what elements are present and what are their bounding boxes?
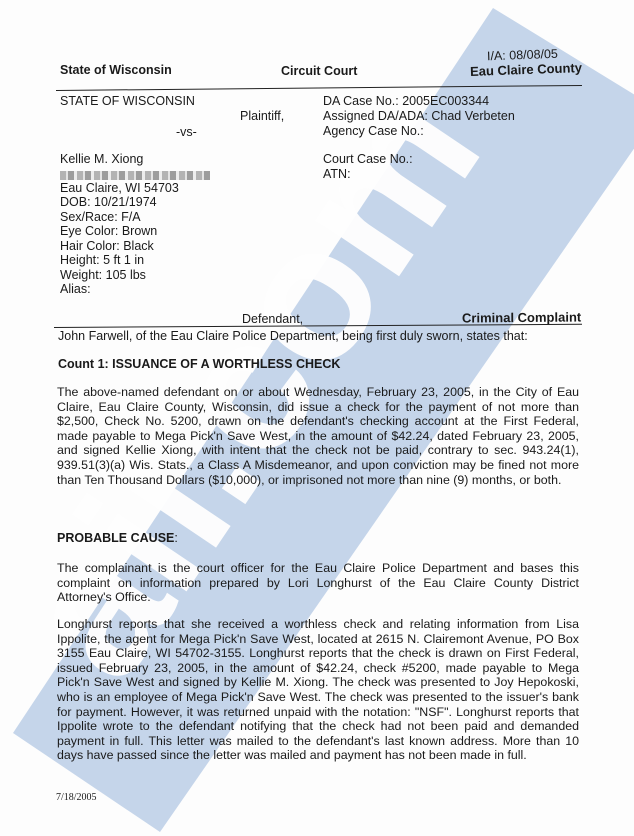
defendant-name: Kellie M. Xiong (60, 152, 143, 167)
atn-field: ATN: (323, 167, 351, 182)
plaintiff-label: Plaintiff, (240, 109, 284, 124)
count-heading: Count 1: ISSUANCE OF A WORTHLESS CHECK (58, 357, 340, 372)
footer-date: 7/18/2005 (56, 792, 97, 803)
defendant-dob: DOB: 10/21/1974 (60, 195, 157, 210)
header-divider (56, 85, 582, 91)
defendant-alias: Alias: (60, 282, 91, 297)
assigned-da: Assigned DA/ADA: Chad Verbeten (323, 109, 515, 124)
defendant-label: Defendant, (242, 312, 303, 327)
agency-case-number: Agency Case No.: (323, 124, 424, 139)
probable-cause-paragraph-2: Longhurst reports that she received a wo… (57, 617, 579, 763)
probable-cause-paragraph-1: The complainant is the court officer for… (57, 561, 579, 605)
defendant-weight: Weight: 105 lbs (60, 268, 146, 283)
defendant-height: Height: 5 ft 1 in (60, 253, 144, 268)
da-case-number: DA Case No.: 2005EC003344 (323, 94, 489, 109)
court-heading: Circuit Court (281, 64, 357, 78)
probable-cause-heading: PROBABLE CAUSE: (57, 531, 178, 546)
county-name: Eau Claire County (470, 60, 582, 79)
versus-label: -vs- (176, 125, 197, 140)
complainant-intro: John Farwell, of the Eau Claire Police D… (58, 329, 528, 344)
probable-cause-label: PROBABLE CAUSE (57, 531, 174, 545)
criminal-complaint-document: I/A: 08/08/05 Eau Claire County State of… (0, 0, 634, 836)
defendant-city: Eau Claire, WI 54703 (60, 181, 179, 196)
plaintiff-name: STATE OF WISCONSIN (60, 94, 195, 109)
court-case-number: Court Case No.: (323, 152, 413, 167)
count-1-text: The above-named defendant on or about We… (57, 385, 579, 487)
defendant-sex-race: Sex/Race: F/A (60, 210, 141, 225)
probable-cause-colon: : (174, 531, 177, 545)
defendant-eye-color: Eye Color: Brown (60, 224, 157, 239)
defendant-hair-color: Hair Color: Black (60, 239, 154, 254)
caption-divider (54, 324, 582, 328)
state-heading: State of Wisconsin (60, 63, 172, 77)
